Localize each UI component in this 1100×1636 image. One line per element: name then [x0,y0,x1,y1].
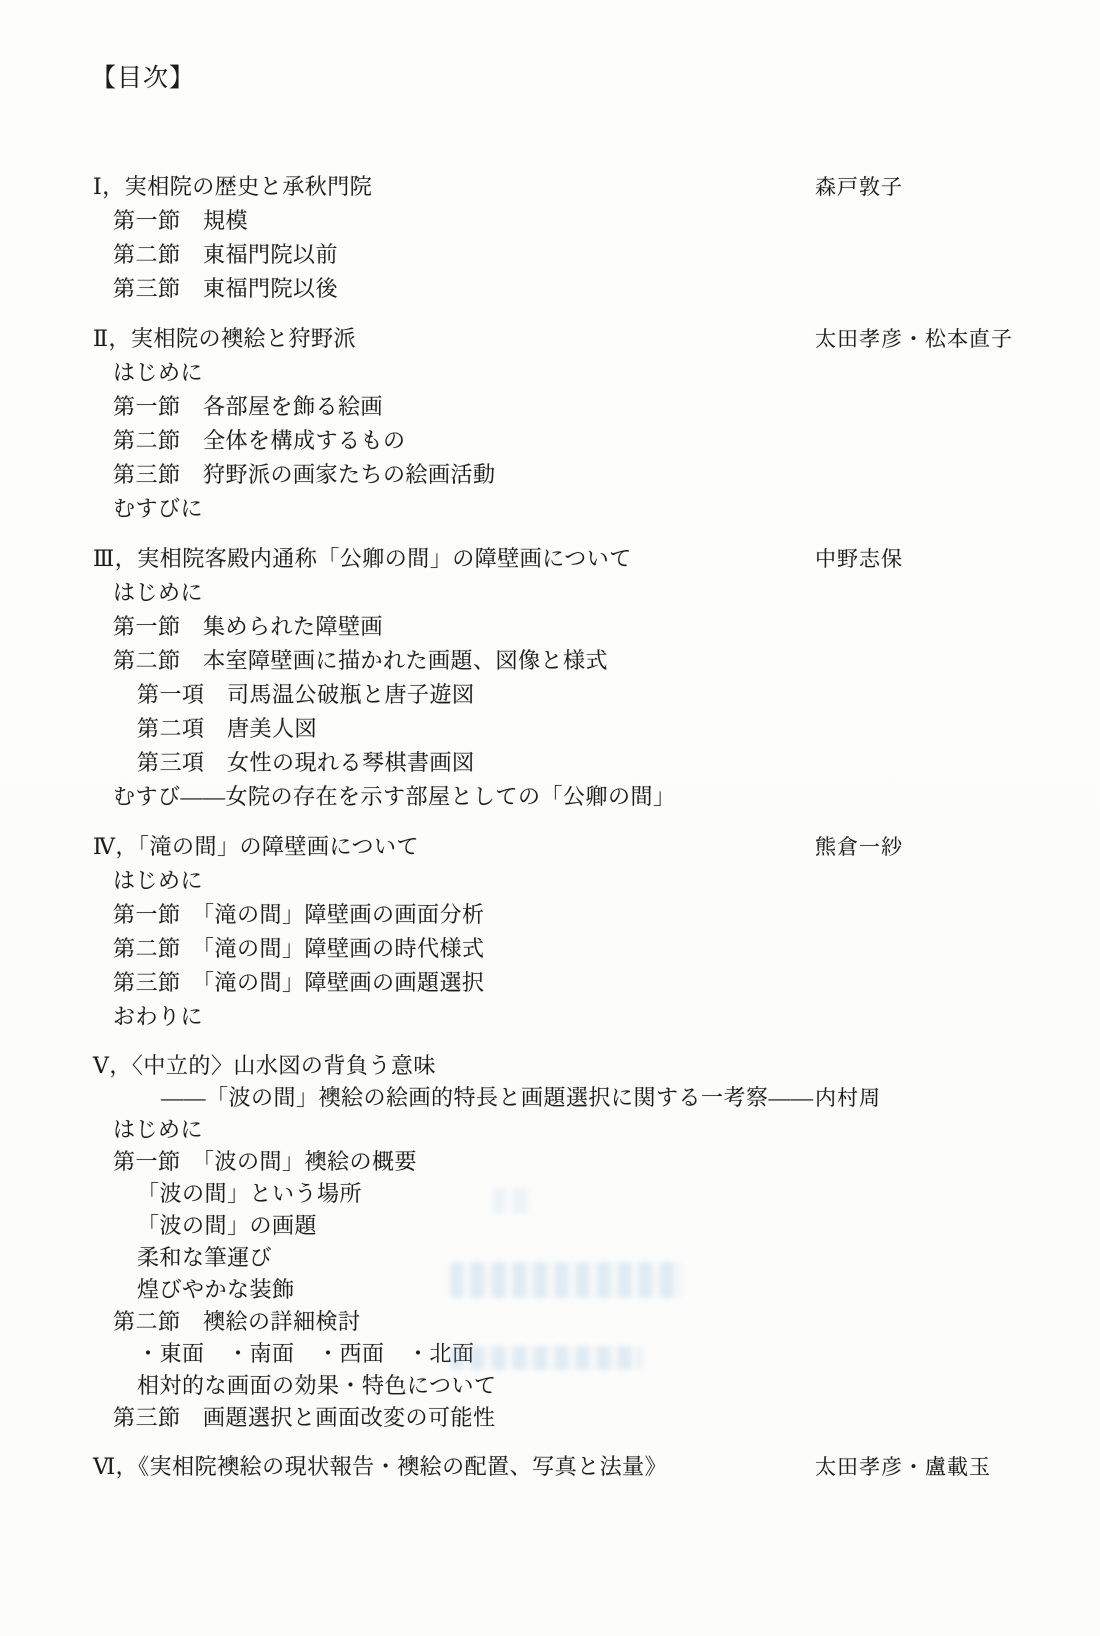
toc-entry: 相対的な画面の効果・特色について [137,1370,1068,1402]
toc-entry: 第三節 東福門院以後 [113,272,1068,306]
section-author: 熊倉一紗 [815,830,903,864]
section-title: Ⅰ，実相院の歴史と承秋門院 [93,174,372,199]
toc-entry: 第三節 「滝の間」障壁画の画題選択 [113,966,1068,1000]
section-title: Ⅴ，〈中立的〉山水図の背負う意味 [93,1053,436,1078]
toc-section-3: Ⅲ，実相院客殿内通称「公卿の間」の障壁画について 中野志保 はじめに 第一節 集… [93,542,1068,814]
toc-entry: 「波の間」という場所 [137,1178,1068,1210]
toc-entry: 第一節 集められた障壁画 [113,610,1068,644]
section-heading: Ⅴ，〈中立的〉山水図の背負う意味 [93,1050,1068,1082]
section-heading: Ⅲ，実相院客殿内通称「公卿の間」の障壁画について 中野志保 [93,542,1068,576]
toc-entry: 第二節 襖絵の詳細検討 [113,1306,1068,1338]
section-author: 太田孝彦・盧載玉 [815,1450,991,1484]
toc-entry: 第二節 「滝の間」障壁画の時代様式 [113,932,1068,966]
toc-entry: むすび——女院の存在を示す部屋としての「公卿の間」 [113,780,1068,814]
toc-entry: おわりに [113,1000,1068,1034]
section-title: Ⅵ，《実相院襖絵の現状報告・襖絵の配置、写真と法量》 [93,1454,667,1479]
section-heading: Ⅳ，「滝の間」の障壁画について 熊倉一紗 [93,830,1068,864]
bleedthrough-mark [450,1262,682,1298]
section-author: 中野志保 [815,542,903,576]
toc-entry: はじめに [113,356,1068,390]
toc-section-4: Ⅳ，「滝の間」の障壁画について 熊倉一紗 はじめに 第一節 「滝の間」障壁画の画… [93,830,1068,1034]
toc-entry: 第一節 各部屋を飾る絵画 [113,390,1068,424]
toc-entry: 第一節 「波の間」襖絵の概要 [113,1146,1068,1178]
section-author: 内村周 [815,1082,881,1114]
section-title: Ⅱ，実相院の襖絵と狩野派 [93,326,356,351]
bleedthrough-mark [450,1346,642,1370]
section-author: 太田孝彦・松本直子 [815,322,1013,356]
bleedthrough-mark [492,1188,534,1214]
toc-entry: 第三項 女性の現れる琴棋書画図 [137,746,1068,780]
toc-entry: 第三節 画題選択と画面改変の可能性 [113,1402,1068,1434]
toc-section-6: Ⅵ，《実相院襖絵の現状報告・襖絵の配置、写真と法量》 太田孝彦・盧載玉 [93,1450,1068,1484]
toc-entry: 第一節 規模 [113,204,1068,238]
section-heading: Ⅰ，実相院の歴史と承秋門院 森戸敦子 [93,170,1068,204]
toc-entry: はじめに [113,864,1068,898]
section-heading: Ⅱ，実相院の襖絵と狩野派 太田孝彦・松本直子 [93,322,1068,356]
toc-entry: 第三節 狩野派の画家たちの絵画活動 [113,458,1068,492]
section-heading: Ⅵ，《実相院襖絵の現状報告・襖絵の配置、写真と法量》 太田孝彦・盧載玉 [93,1450,1068,1484]
toc-section-2: Ⅱ，実相院の襖絵と狩野派 太田孝彦・松本直子 はじめに 第一節 各部屋を飾る絵画… [93,322,1068,526]
toc-entry: 第二節 全体を構成するもの [113,424,1068,458]
section-title: Ⅲ，実相院客殿内通称「公卿の間」の障壁画について [93,546,632,571]
toc-entry: 第二項 唐美人図 [137,712,1068,746]
toc-entry: はじめに [113,1114,1068,1146]
toc-entry: 「波の間」の画題 [137,1210,1068,1242]
toc-entry: むすびに [113,492,1068,526]
section-author: 森戸敦子 [815,170,903,204]
section-subtitle-line: ——「波の間」襖絵の絵画的特長と画題選択に関する一考察—— 内村周 [161,1082,1068,1114]
toc-entry: はじめに [113,576,1068,610]
toc-section-1: Ⅰ，実相院の歴史と承秋門院 森戸敦子 第一節 規模 第二節 東福門院以前 第三節… [93,170,1068,306]
section-title: Ⅳ，「滝の間」の障壁画について [93,834,419,859]
toc-entry: 第二節 本室障壁画に描かれた画題、図像と様式 [113,644,1068,678]
section-subtitle: ——「波の間」襖絵の絵画的特長と画題選択に関する一考察—— [161,1085,814,1110]
toc-entry: 第二節 東福門院以前 [113,238,1068,272]
page-title: 【目次】 [91,58,1068,94]
toc-entry: 第一項 司馬温公破瓶と唐子遊図 [137,678,1068,712]
toc-entry: 第一節 「滝の間」障壁画の画面分析 [113,898,1068,932]
toc-section-5: Ⅴ，〈中立的〉山水図の背負う意味 ——「波の間」襖絵の絵画的特長と画題選択に関す… [93,1050,1068,1434]
scanned-toc-page: 【目次】 Ⅰ，実相院の歴史と承秋門院 森戸敦子 第一節 規模 第二節 東福門院以… [0,0,1100,1636]
